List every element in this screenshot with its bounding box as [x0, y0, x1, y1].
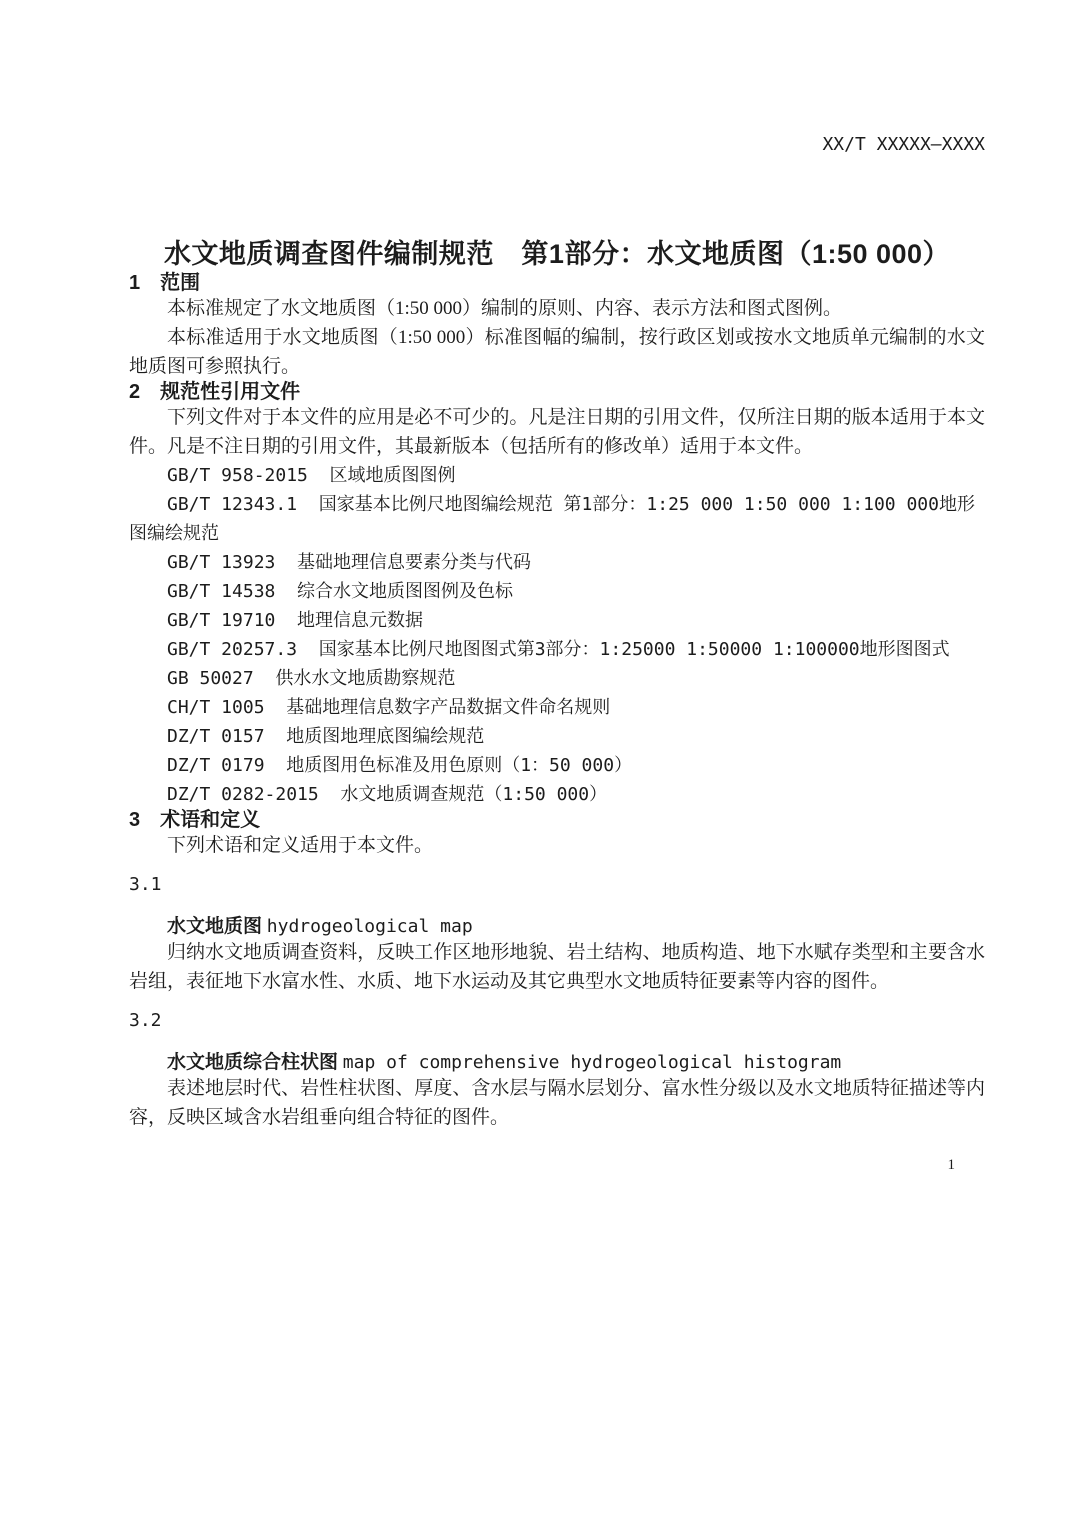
- reference-item: GB 50027 供水水文地质勘察规范: [129, 664, 985, 693]
- reference-item: GB/T 12343.1 国家基本比例尺地图编绘规范 第1部分：1:25 000…: [129, 490, 985, 548]
- term-number: 3.1: [129, 874, 985, 896]
- document-title: 水文地质调查图件编制规范 第1部分：水文地质图（1:50 000）: [129, 236, 985, 272]
- term-definition: 表述地层时代、岩性柱状图、厚度、含水层与隔水层划分、富水性分级以及水文地质特征描…: [129, 1074, 985, 1132]
- reference-item: DZ/T 0157 地质图地理底图编绘规范: [129, 722, 985, 751]
- reference-item: GB/T 19710 地理信息元数据: [129, 606, 985, 635]
- term-heading: 水文地质综合柱状图 map of comprehensive hydrogeol…: [129, 1052, 985, 1074]
- term-heading: 水文地质图 hydrogeological map: [129, 916, 985, 938]
- term-name-zh: 水文地质图: [167, 916, 262, 937]
- document-page: XX/T XXXXX—XXXX 水文地质调查图件编制规范 第1部分：水文地质图（…: [129, 0, 985, 1174]
- section-3-intro: 下列术语和定义适用于本文件。: [129, 831, 985, 860]
- reference-item: GB/T 14538 综合水文地质图图例及色标: [129, 577, 985, 606]
- standard-code: XX/T XXXXX—XXXX: [129, 134, 985, 156]
- section-1-paragraph: 本标准规定了水文地质图（1:50 000）编制的原则、内容、表示方法和图式图例。: [129, 294, 985, 323]
- section-1-paragraph: 本标准适用于水文地质图（1:50 000）标准图幅的编制，按行政区划或按水文地质…: [129, 323, 985, 381]
- term-name-zh: 水文地质综合柱状图: [167, 1052, 338, 1073]
- section-1-heading: 1 范围: [129, 272, 985, 294]
- reference-item: DZ/T 0282-2015 水文地质调查规范（1:50 000）: [129, 780, 985, 809]
- term-number: 3.2: [129, 1010, 985, 1032]
- term-definition: 归纳水文地质调查资料，反映工作区地形地貌、岩土结构、地质构造、地下水赋存类型和主…: [129, 938, 985, 996]
- section-2-heading: 2 规范性引用文件: [129, 381, 985, 403]
- reference-item: GB/T 20257.3 国家基本比例尺地图图式第3部分：1:25000 1:5…: [129, 635, 985, 664]
- section-3-heading: 3 术语和定义: [129, 809, 985, 831]
- term-name-en: hydrogeological map: [267, 916, 473, 937]
- term-name-en: map of comprehensive hydrogeological his…: [343, 1052, 842, 1073]
- page-number: 1: [129, 1156, 985, 1174]
- reference-item: DZ/T 0179 地质图用色标准及用色原则（1：50 000）: [129, 751, 985, 780]
- reference-item: CH/T 1005 基础地理信息数字产品数据文件命名规则: [129, 693, 985, 722]
- section-2-intro: 下列文件对于本文件的应用是必不可少的。凡是注日期的引用文件，仅所注日期的版本适用…: [129, 403, 985, 461]
- reference-item: GB/T 958-2015 区域地质图图例: [129, 461, 985, 490]
- reference-item: GB/T 13923 基础地理信息要素分类与代码: [129, 548, 985, 577]
